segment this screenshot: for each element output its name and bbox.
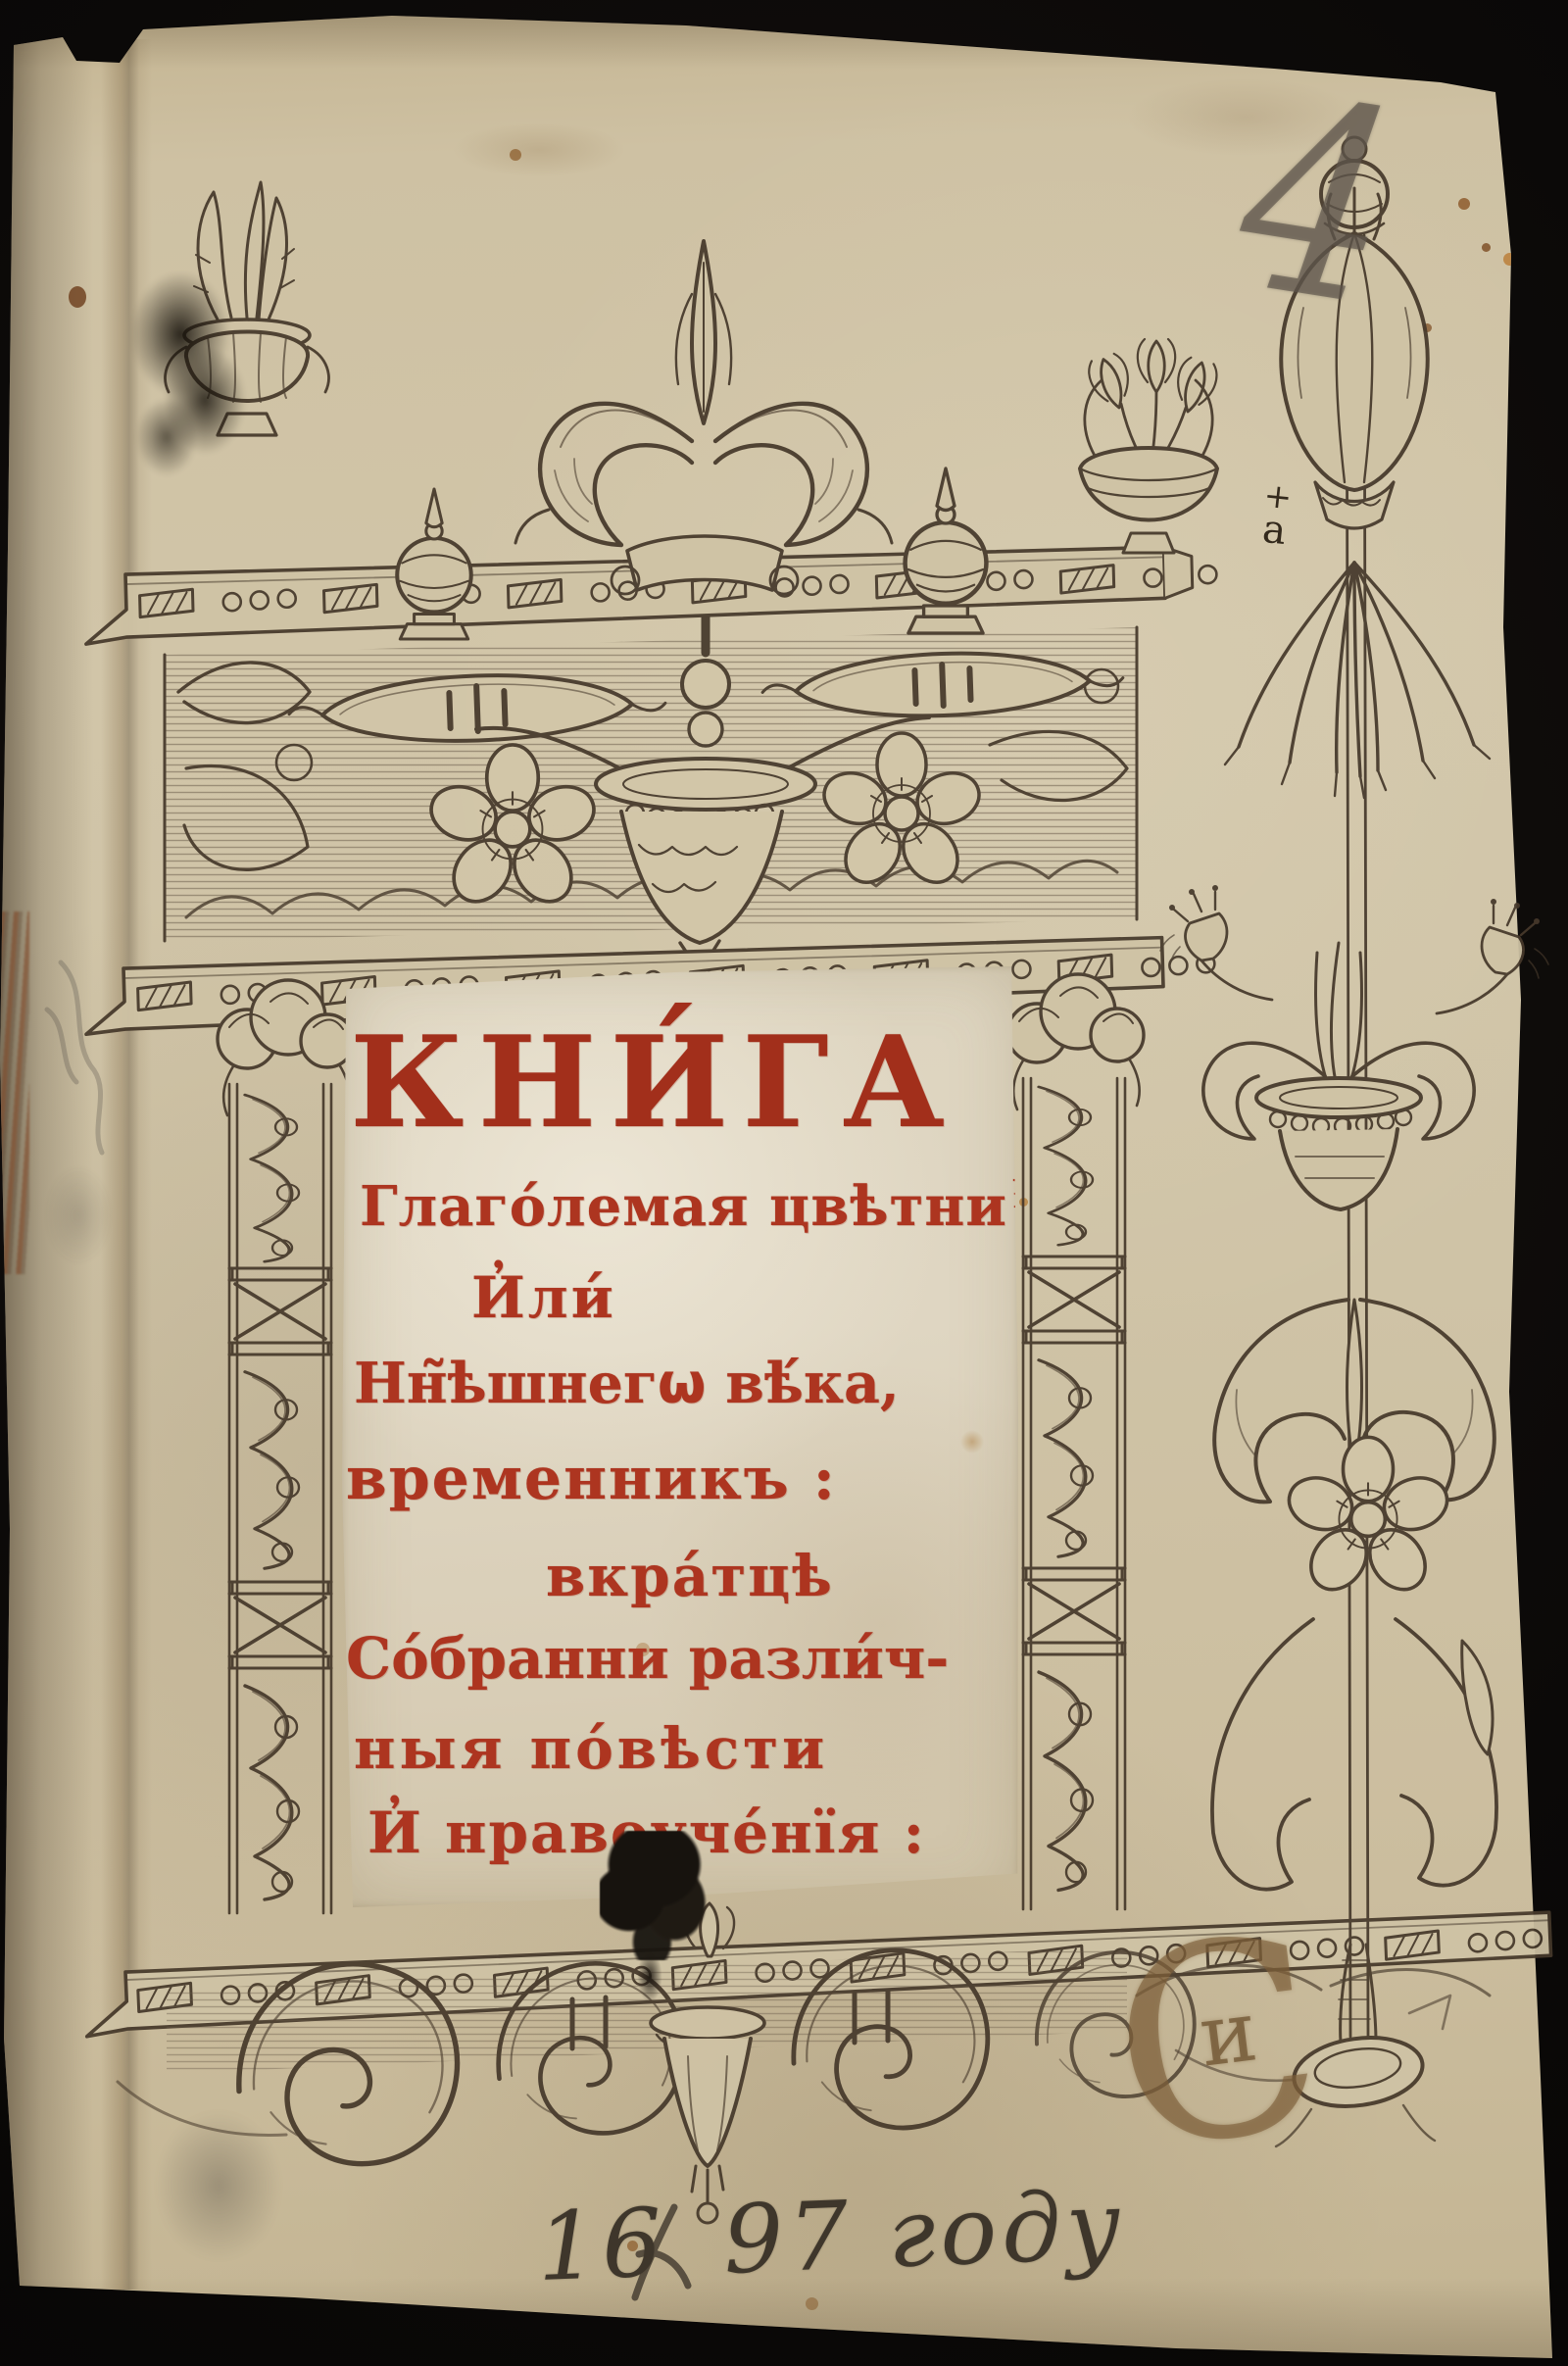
flower-stalk (1160, 137, 1548, 2146)
date-prefix: 16 (535, 2188, 668, 2302)
title-line: временникъ : (346, 1445, 837, 1513)
title-line: ныя по́вѣсти (354, 1715, 828, 1782)
margin-ink-mark: + а (1244, 479, 1309, 551)
pencil-scribble (47, 962, 102, 1153)
date-suffix: 97 году (721, 2170, 1128, 2295)
title-line: КНИ́ГА (350, 1010, 958, 1157)
stain (957, 1427, 987, 1456)
title-label: КНИ́ГА Глаго́лемая цвѣтник И̓ли́ Нн̃ѣшне… (342, 966, 1018, 1907)
left-column (218, 980, 354, 1913)
ink-blot (600, 1831, 713, 1960)
right-column (1007, 974, 1144, 1909)
ink-smudge (125, 272, 263, 478)
title-line: И̓ли́ (471, 1264, 616, 1331)
title-line: Глаго́лемая цвѣтник (360, 1174, 1035, 1239)
title-line: Со́бранни разли́ч- (346, 1625, 949, 1692)
monogram-inner-letter: и (1196, 1989, 1261, 2079)
owner-monogram: С и (1100, 1899, 1335, 2189)
title-line: Нн̃ѣшнегѡ вѣ́ка, (354, 1351, 900, 1416)
scanned-page: КНИ́ГА Глаго́лемая цвѣтник И̓ли́ Нн̃ѣшне… (0, 0, 1568, 2366)
title-line: вкра́тцѣ (546, 1543, 834, 1609)
